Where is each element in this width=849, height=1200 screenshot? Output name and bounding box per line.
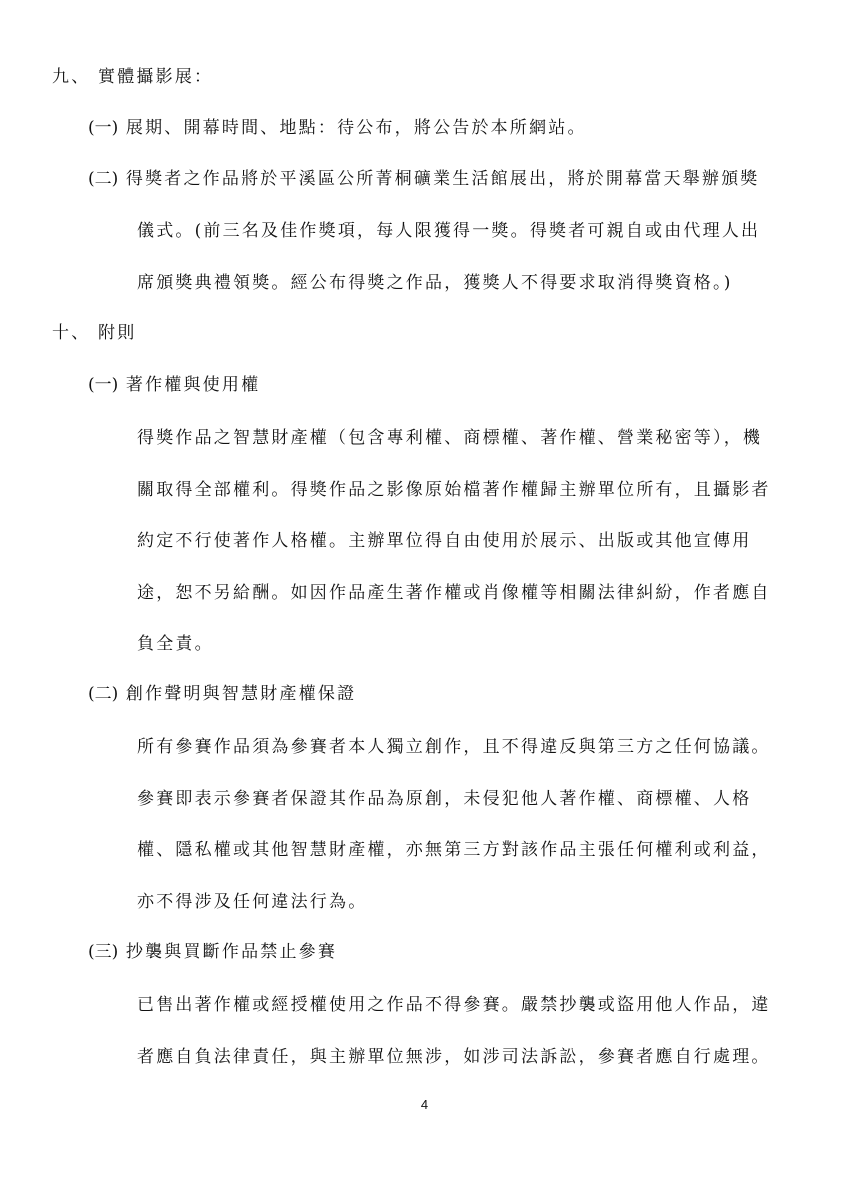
item-number: (二) <box>88 169 118 189</box>
paragraph-line: 負全責。 <box>137 633 214 655</box>
item-title: 抄襲與買斷作品禁止參賽 <box>126 942 337 962</box>
item-number: (三) <box>88 942 118 962</box>
item-text: 得獎者之作品將於平溪區公所菁桐礦業生活館展出，將於開幕當天舉辦頒獎 <box>126 169 760 189</box>
section-title: 附則 <box>98 323 136 343</box>
item-9-1: (一) 展期、開幕時間、地點：待公布，將公告於本所網站。 <box>88 117 587 139</box>
paragraph-line: 關取得全部權利。得獎作品之影像原始檔著作權歸主辦單位所有，且攝影者 <box>137 479 771 501</box>
section-number: 九、 <box>52 67 90 87</box>
item-title: 創作聲明與智慧財產權保證 <box>126 684 356 704</box>
paragraph-line: 所有參賽作品須為參賽者本人獨立創作，且不得違反與第三方之任何協議。 <box>137 736 771 758</box>
paragraph-line: 得獎作品之智慧財產權（包含專利權、商標權、著作權、營業秘密等），機 <box>137 427 762 449</box>
item-number: (一) <box>88 118 118 138</box>
item-title: 著作權與使用權 <box>126 375 260 395</box>
paragraph-line: 權、隱私權或其他智慧財產權，亦無第三方對該作品主張任何權利或利益， <box>137 839 771 861</box>
paragraph-line: 約定不行使著作人格權。主辦單位得自由使用於展示、出版或其他宣傳用 <box>137 530 751 552</box>
paragraph-line: 已售出著作權或經授權使用之作品不得參賽。嚴禁抄襲或盜用他人作品，違 <box>137 994 771 1016</box>
paragraph-line: 席頒獎典禮領獎。經公布得獎之作品，獲獎人不得要求取消得獎資格。) <box>137 272 733 294</box>
section-heading-10: 十、 附則 <box>52 322 136 344</box>
item-9-2: (二) 得獎者之作品將於平溪區公所菁桐礦業生活館展出，將於開幕當天舉辦頒獎 <box>88 168 759 190</box>
page-number: 4 <box>0 1097 849 1112</box>
paragraph-line: 者應自負法律責任，與主辦單位無涉，如涉司法訴訟，參賽者應自行處理。 <box>137 1046 771 1068</box>
paragraph-line: 亦不得涉及任何違法行為。 <box>137 891 367 913</box>
item-10-2-heading: (二) 創作聲明與智慧財產權保證 <box>88 683 356 705</box>
item-10-1-heading: (一) 著作權與使用權 <box>88 374 260 396</box>
document-page: 九、 實體攝影展： (一) 展期、開幕時間、地點：待公布，將公告於本所網站。 (… <box>0 0 849 1200</box>
section-number: 十、 <box>52 323 90 343</box>
item-number: (二) <box>88 684 118 704</box>
paragraph-line: 參賽即表示參賽者保證其作品為原創，未侵犯他人著作權、商標權、人格 <box>137 788 751 810</box>
section-heading-9: 九、 實體攝影展： <box>52 66 213 88</box>
section-title: 實體攝影展： <box>98 67 213 87</box>
item-10-3-heading: (三) 抄襲與買斷作品禁止參賽 <box>88 941 337 963</box>
paragraph-line: 儀式。(前三名及佳作獎項，每人限獲得一獎。得獎者可親自或由代理人出 <box>137 220 760 242</box>
paragraph-line: 途，恕不另給酬。如因作品產生著作權或肖像權等相關法律糾紛，作者應自 <box>137 582 771 604</box>
item-text: 展期、開幕時間、地點：待公布，將公告於本所網站。 <box>126 118 587 138</box>
item-number: (一) <box>88 375 118 395</box>
